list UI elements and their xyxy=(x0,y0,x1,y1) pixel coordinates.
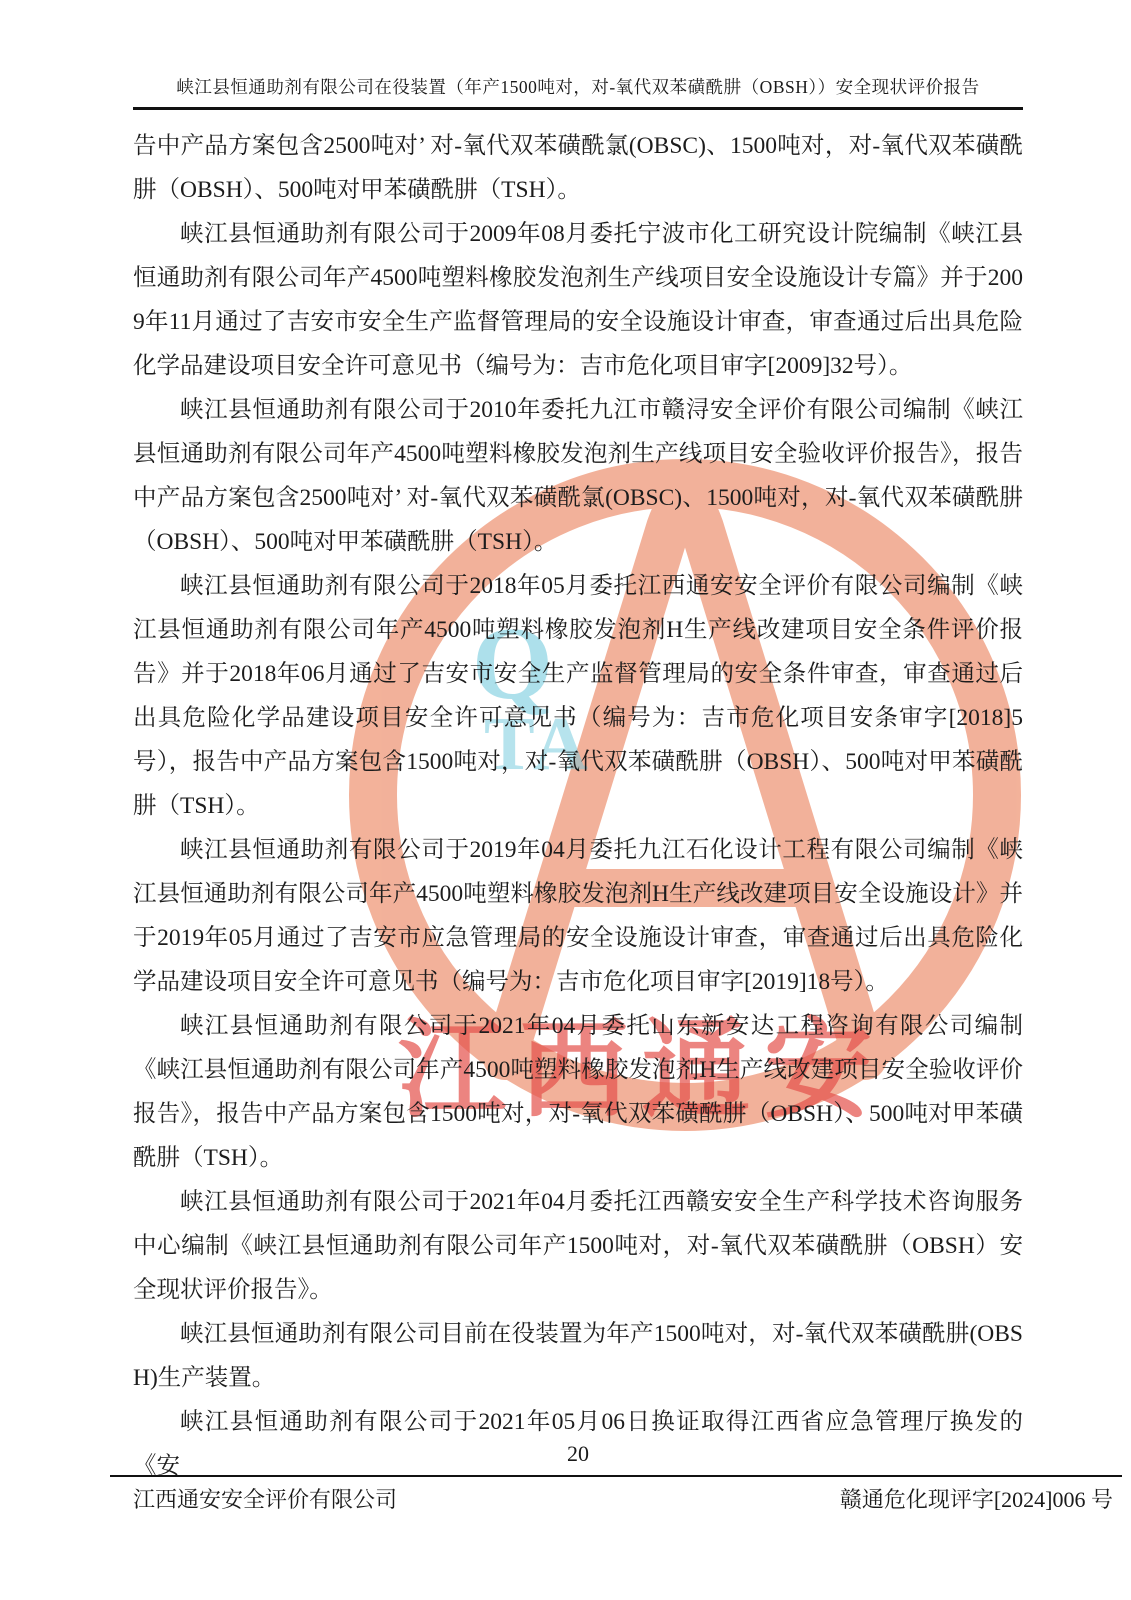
page-header-title: 峡江县恒通助剂有限公司在役装置（年产1500吨对，对-氧代双苯磺酰肼（OBSH）… xyxy=(133,74,1023,99)
paragraph: 峡江县恒通助剂有限公司目前在役装置为年产1500吨对，对-氧代双苯磺酰肼(OBS… xyxy=(133,1312,1023,1400)
document-body: 告中产品方案包含2500吨对’ 对-氧代双苯磺酰氯(OBSC)、1500吨对，对… xyxy=(133,124,1023,1488)
paragraph: 峡江县恒通助剂有限公司于2021年04月委托江西赣安安全生产科学技术咨询服务中心… xyxy=(133,1180,1023,1312)
paragraph: 峡江县恒通助剂有限公司于2010年委托九江市赣浔安全评价有限公司编制《峡江县恒通… xyxy=(133,388,1023,564)
page-content: 峡江县恒通助剂有限公司在役装置（年产1500吨对，对-氧代双苯磺酰肼（OBSH）… xyxy=(0,0,1131,1600)
paragraph: 峡江县恒通助剂有限公司于2021年04月委托山东新安达工程咨询有限公司编制《峡江… xyxy=(133,1004,1023,1180)
paragraph: 告中产品方案包含2500吨对’ 对-氧代双苯磺酰氯(OBSC)、1500吨对，对… xyxy=(133,124,1023,212)
document-page: Q TA 江西通安 峡江县恒通助剂有限公司在役装置（年产1500吨对，对-氧代双… xyxy=(0,0,1131,1600)
paragraph: 峡江县恒通助剂有限公司于2019年04月委托九江石化设计工程有限公司编制《峡江县… xyxy=(133,828,1023,1004)
header-rule xyxy=(133,107,1023,110)
page-number: 20 xyxy=(133,1441,1023,1467)
footer-company-name: 江西通安安全评价有限公司 xyxy=(133,1483,397,1514)
paragraph: 峡江县恒通助剂有限公司于2018年05月委托江西通安安全评价有限公司编制《峡江县… xyxy=(133,564,1023,828)
footer-report-number: 赣通危化现评字[2024]006 号 xyxy=(840,1483,1113,1514)
paragraph: 峡江县恒通助剂有限公司于2009年08月委托宁波市化工研究设计院编制《峡江县恒通… xyxy=(133,212,1023,388)
footer-rule xyxy=(110,1475,1122,1477)
